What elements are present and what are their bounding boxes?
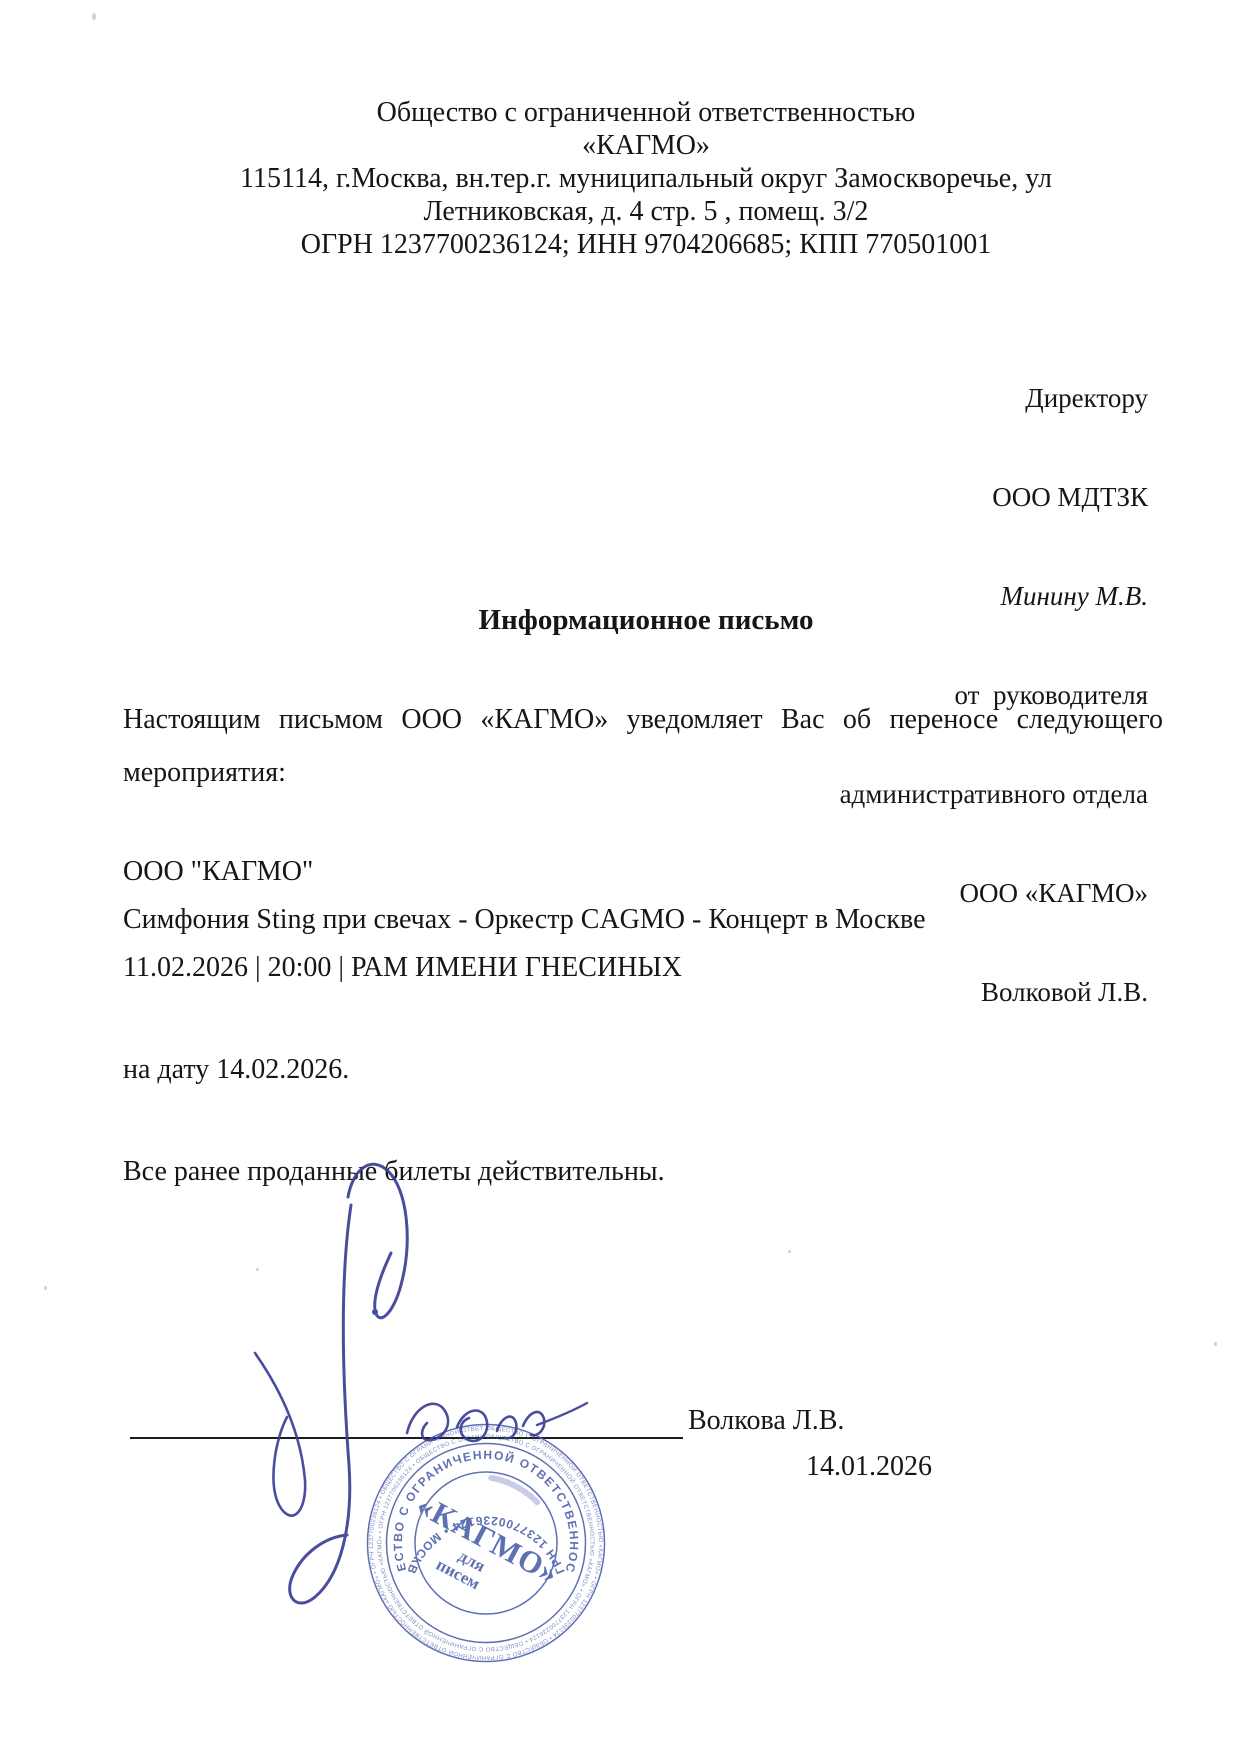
recipient-position: Директору (840, 382, 1148, 415)
company-letterhead: Общество с ограниченной ответственностью… (118, 96, 1174, 261)
event-datetime-venue: 11.02.2026 | 20:00 | РАМ ИМЕНИ ГНЕСИНЫХ (123, 952, 682, 984)
noise-speck (788, 1250, 791, 1253)
letterhead-line-registration: ОГРН 1237700236124; ИНН 9704206685; КПП … (118, 228, 1174, 261)
noise-speck (44, 1286, 47, 1290)
event-name: Симфония Sting при свечах - Оркестр CAGM… (123, 904, 926, 936)
intro-paragraph-line1: Настоящим письмом ООО «КАГМО» уведомляет… (123, 704, 1163, 736)
signer-name: Волкова Л.В. (688, 1405, 844, 1437)
letterhead-line-address-1: 115114, г.Москва, вн.тер.г. муниципальны… (118, 162, 1174, 195)
noise-speck (92, 13, 96, 20)
letterhead-line-address-2: Летниковская, д. 4 стр. 5 , помещ. 3/2 (118, 195, 1174, 228)
letterhead-line-org-form: Общество с ограниченной ответственностью (118, 96, 1174, 129)
letterhead-line-org-name: «КАГМО» (118, 129, 1174, 162)
sender-department: административного отдела (840, 778, 1148, 811)
noise-speck (256, 1268, 259, 1271)
noise-speck (1214, 1342, 1217, 1346)
event-organizer: ООО "КАГМО" (123, 856, 313, 888)
letter-date: 14.01.2026 (806, 1451, 932, 1483)
reschedule-date-line: на дату 14.02.2026. (123, 1054, 349, 1086)
sender-name: Волковой Л.В. (840, 976, 1148, 1009)
signature-ink-icon (185, 1135, 605, 1615)
letter-page: Общество с ограниченной ответственностью… (0, 0, 1240, 1754)
handwritten-signature (185, 1135, 605, 1615)
letter-title: Информационное письмо (118, 604, 1174, 637)
intro-paragraph-line2: мероприятия: (123, 757, 286, 789)
recipient-org: ООО МДТЗК (840, 481, 1148, 514)
recipient-block: Директору ООО МДТЗК Минину М.В. от руков… (840, 316, 1148, 1075)
